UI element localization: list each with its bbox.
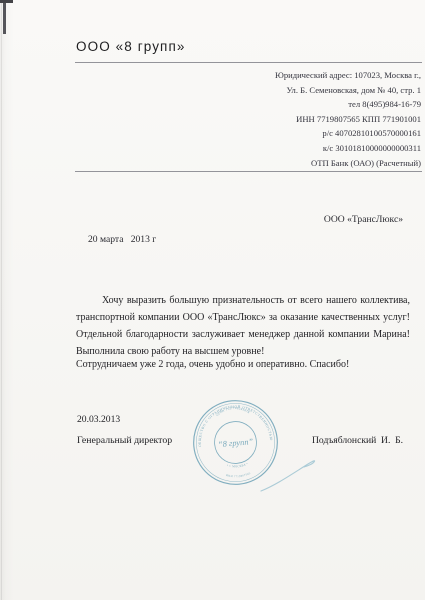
scan-corner-artifact-horizontal [0,0,13,3]
body-paragraph-1: Хочу выразить большую признательность от… [76,292,410,360]
address-line-phone: тел 8(495)984-16-79 [120,97,421,112]
scan-corner-artifact-vertical [3,0,6,34]
company-title: ООО «8 групп» [76,39,185,54]
scanned-letter-page: ООО «8 групп» Юридический адрес: 107023,… [0,0,425,600]
scan-edge-line [1,0,2,600]
signoff-name: Подъяблонский И. Б. [312,435,403,446]
handwritten-signature-stroke [258,450,336,498]
address-line-bank: ОТП Банк (ОАО) (Расчетный) [120,156,421,171]
recipient-line: ООО «ТрансЛюкс» [150,214,403,225]
signoff-date: 20.03.2013 [77,414,120,425]
letter-date-line: 20 марта 2013 г [88,234,156,245]
address-line-rs: р/с 40702810100570000161 [120,126,421,141]
address-line-inn-kpp: ИНН 7719807565 КПП 771901001 [120,112,421,127]
address-line-legal: Юридический адрес: 107023, Москва г., [120,68,421,83]
stamp-center-text: “8 групп” [217,436,253,449]
letterhead-requisites: Юридический адрес: 107023, Москва г., Ул… [120,68,421,170]
letterhead-divider-bottom [75,171,422,172]
letterhead-divider-top [75,62,422,63]
stamp-outer-bottom-text: ИНН 7719807565 [225,472,251,480]
address-line-street: Ул. Б. Семеновская, дом № 40, стр. 1 [120,83,421,98]
signoff-position: Генеральный директор [77,435,172,446]
body-paragraph-2: Сотрудничаем уже 2 года, очень удобно и … [76,356,410,373]
address-line-ks: к/с 30101810000000000311 [120,141,421,156]
